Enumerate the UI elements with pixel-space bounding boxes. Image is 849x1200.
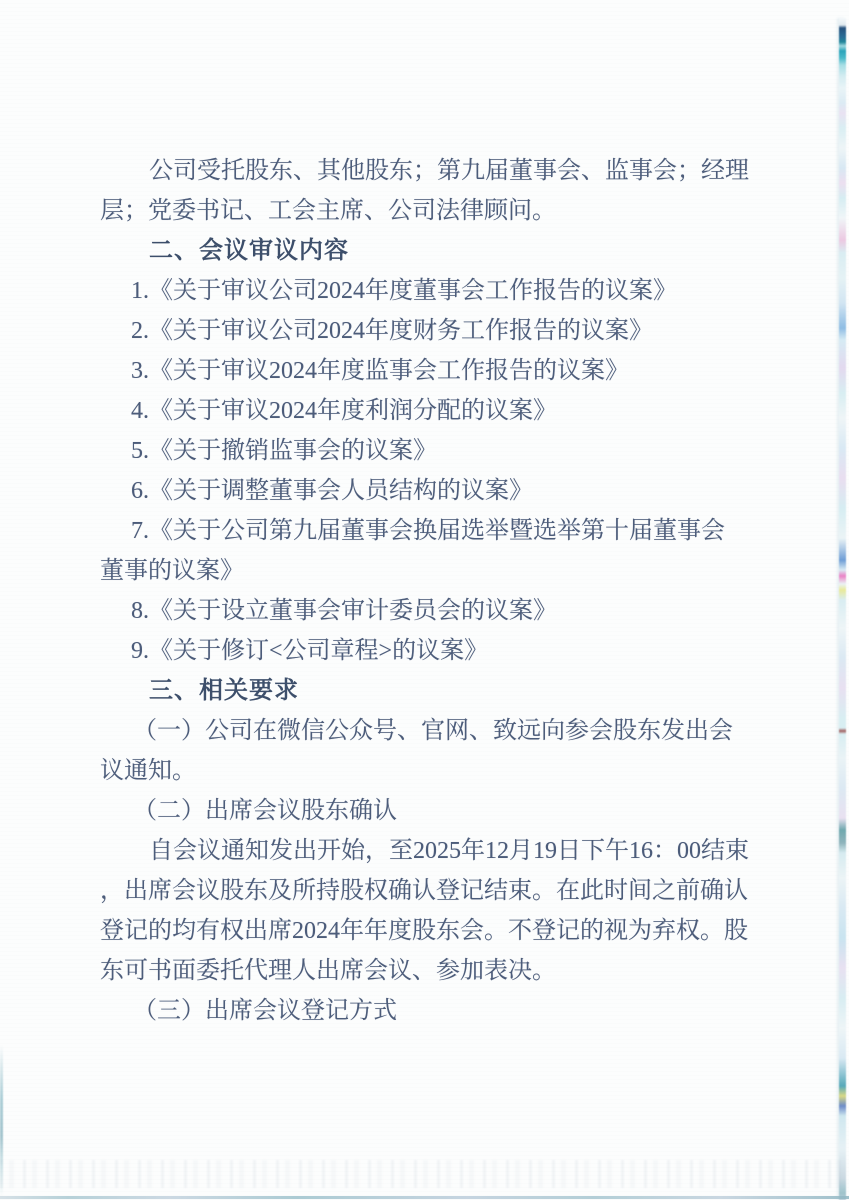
scan-edge-artifact-left	[0, 1045, 3, 1197]
document-line: 7.《关于公司第九届董事会换届选举暨选举第十届董事会	[100, 511, 748, 551]
document-line: 8.《关于设立董事会审计委员会的议案》	[100, 591, 748, 631]
document-line: ，出席会议股东及所持股权确认登记结束。在此时间之前确认	[100, 871, 748, 911]
document-body: 公司受托股东、其他股东；第九届董事会、监事会；经理层；党委书记、工会主席、公司法…	[100, 151, 748, 1031]
scan-edge-artifact-right	[839, 18, 846, 1200]
document-line: 1.《关于审议公司2024年度董事会工作报告的议案》	[100, 271, 748, 311]
document-line: （三）出席会议登记方式	[100, 991, 748, 1031]
document-line: 二、会议审议内容	[100, 231, 748, 271]
scanned-document-page: 公司受托股东、其他股东；第九届董事会、监事会；经理层；党委书记、工会主席、公司法…	[0, 0, 849, 1200]
document-line: 4.《关于审议2024年度利润分配的议案》	[100, 391, 748, 431]
document-line: 6.《关于调整董事会人员结构的议案》	[100, 471, 748, 511]
document-line: 登记的均有权出席2024年年度股东会。不登记的视为弃权。股	[100, 911, 748, 951]
scan-edge-artifact-bottom	[0, 1196, 849, 1199]
document-line: 三、相关要求	[100, 671, 748, 711]
document-line: 董事的议案》	[100, 551, 748, 591]
document-line: 自会议通知发出开始，至2025年12月19日下午16：00结束	[100, 831, 748, 871]
document-line: 5.《关于撤销监事会的议案》	[100, 431, 748, 471]
document-line: （二）出席会议股东确认	[100, 791, 748, 831]
document-line: 3.《关于审议2024年度监事会工作报告的议案》	[100, 351, 748, 391]
document-line: 2.《关于审议公司2024年度财务工作报告的议案》	[100, 311, 748, 351]
scan-noise-band	[0, 1160, 841, 1188]
document-line: 东可书面委托代理人出席会议、参加表决。	[100, 951, 748, 991]
document-line: 议通知。	[100, 751, 748, 791]
document-line: 公司受托股东、其他股东；第九届董事会、监事会；经理	[100, 151, 748, 191]
document-line: 层；党委书记、工会主席、公司法律顾问。	[100, 191, 748, 231]
document-line: （一）公司在微信公众号、官网、致远向参会股东发出会	[100, 711, 748, 751]
document-line: 9.《关于修订<公司章程>的议案》	[100, 631, 748, 671]
